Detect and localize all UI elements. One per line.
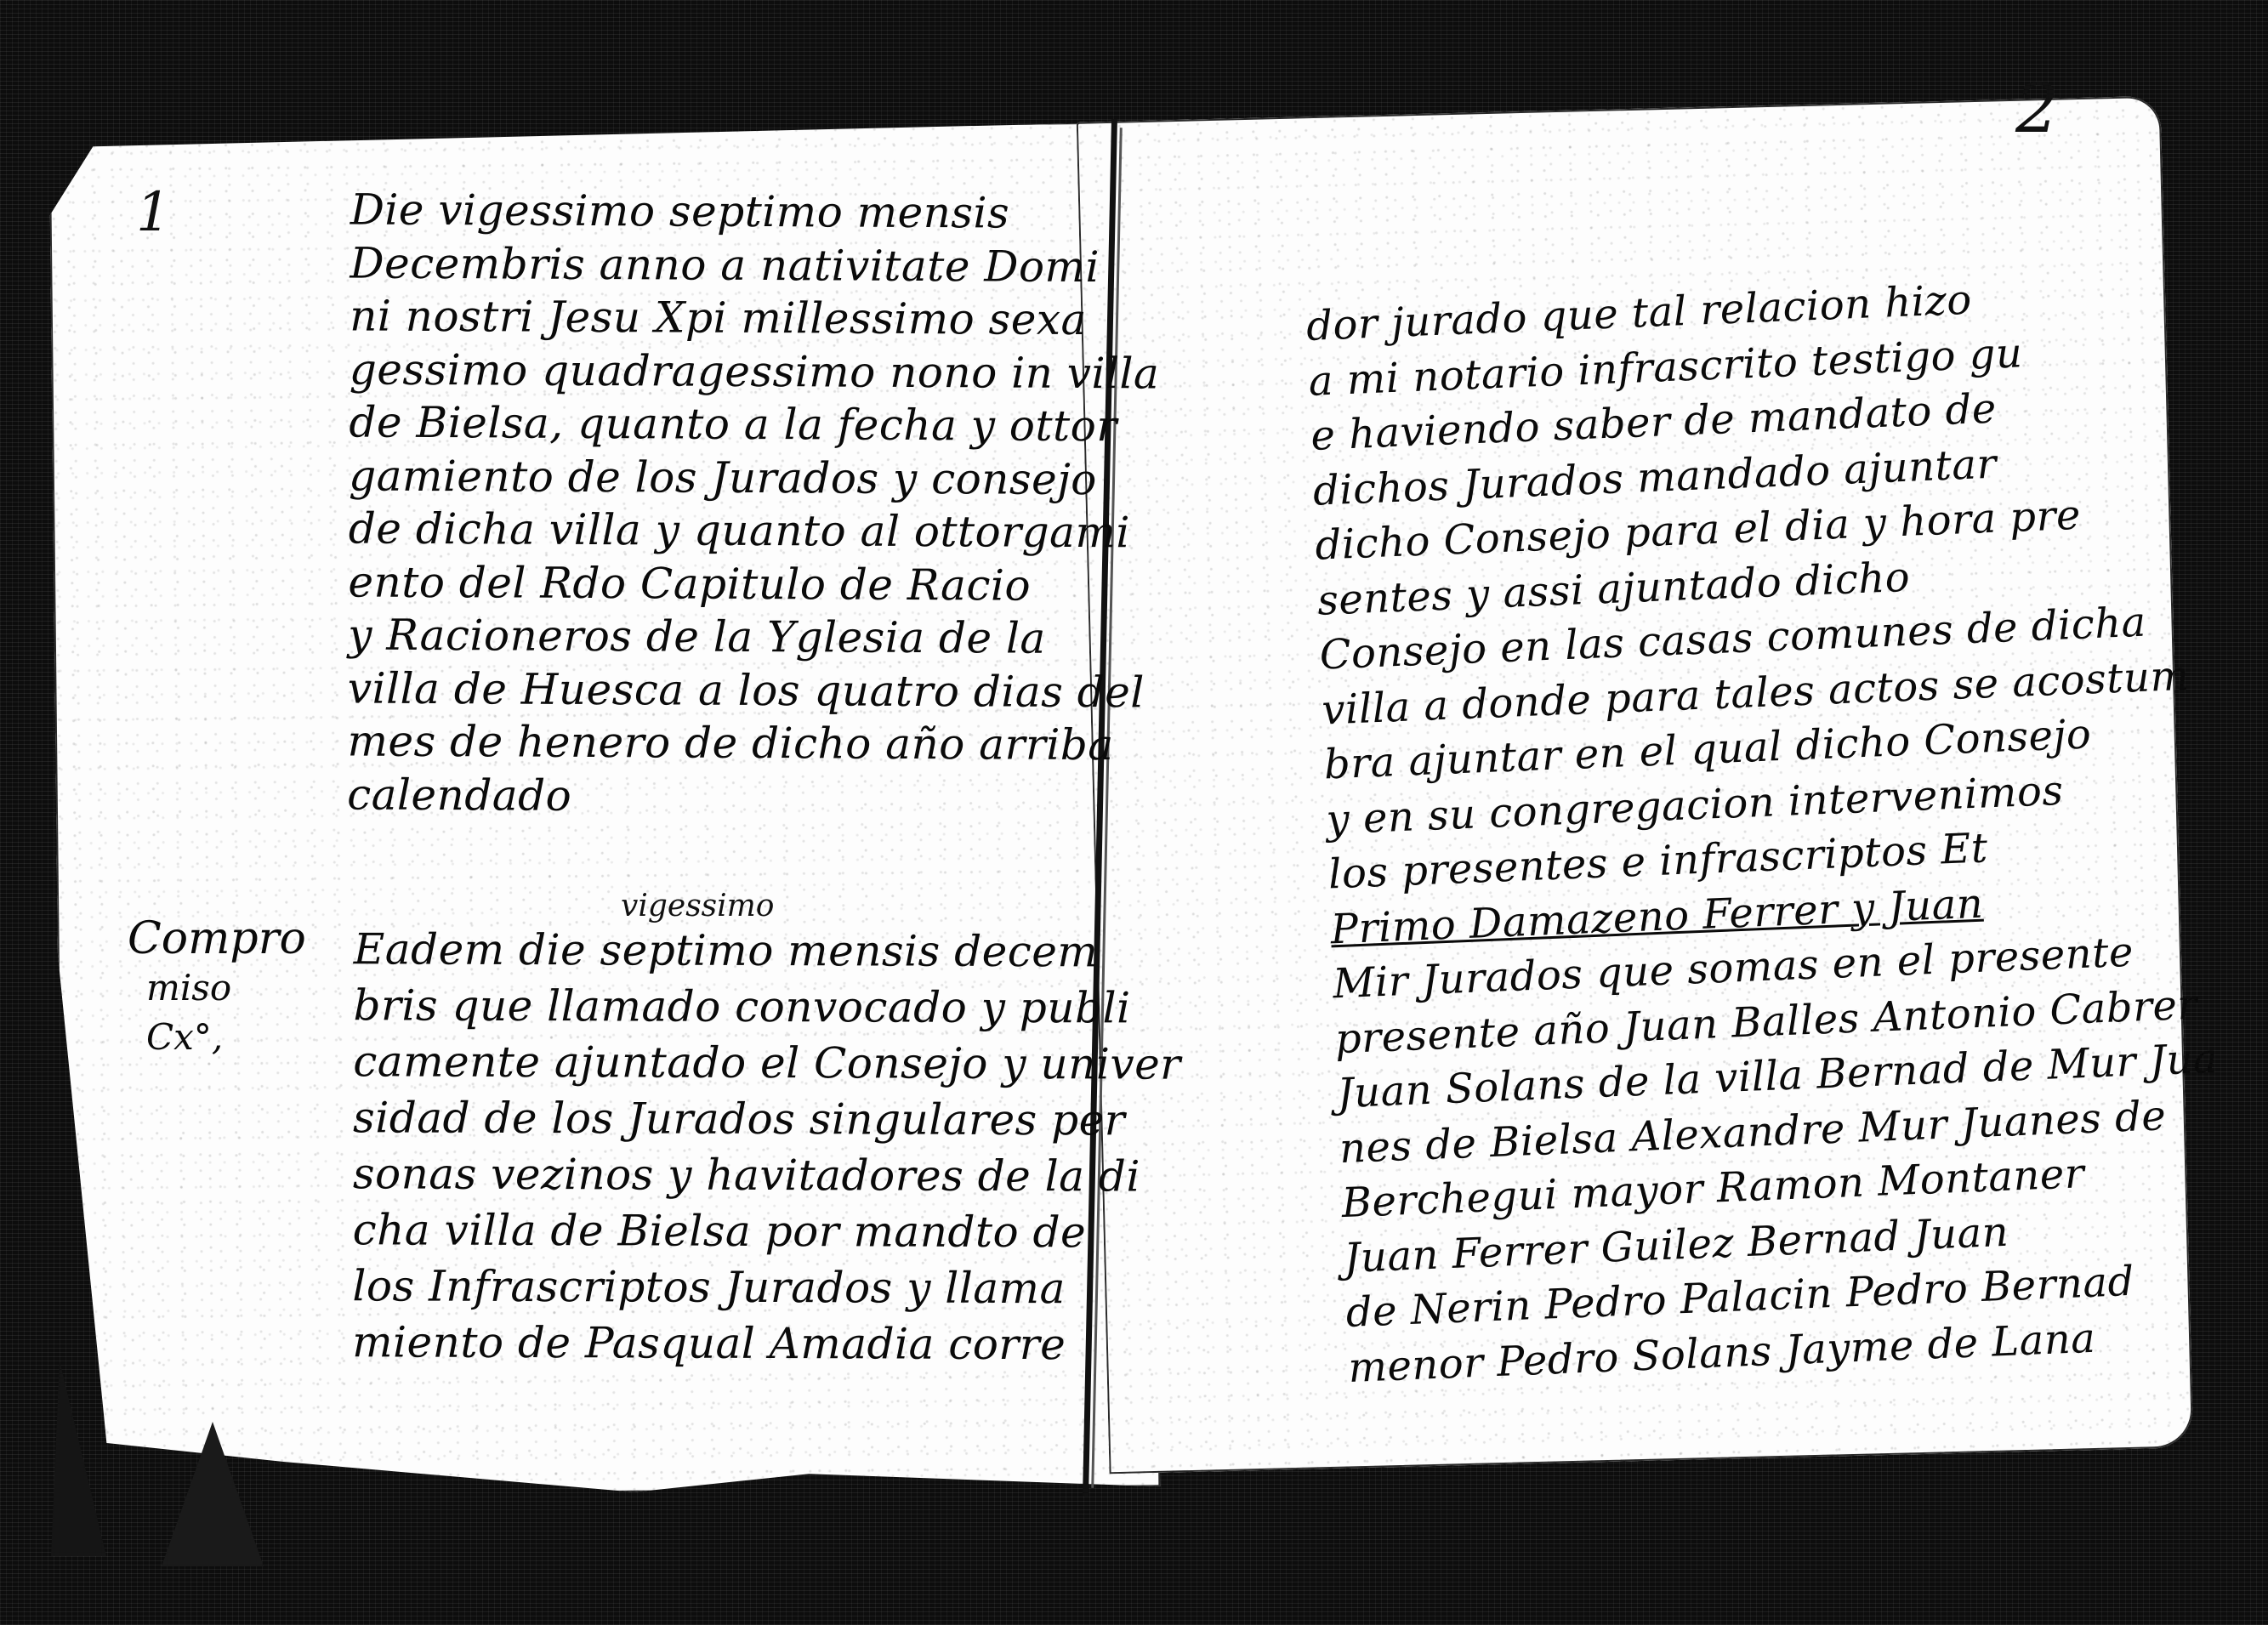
text-line: calendado	[347, 768, 1157, 825]
folio-number-left: 1	[136, 185, 171, 240]
text-line: villa de Huesca a los quatro dias del	[348, 662, 1158, 719]
text-line: los Infrascriptos Jurados y llama	[352, 1258, 1180, 1316]
text-line: cha villa de Bielsa por mandto de	[353, 1202, 1181, 1260]
left-entry-1: Die vigessimo septimo mensis Decembris a…	[347, 184, 1160, 826]
text-line: Eadem die septimo mensis decem	[354, 921, 1182, 980]
text-line: bris que llamado convocado y publi	[353, 977, 1181, 1036]
text-line: ento del Rdo Capitulo de Racio	[348, 555, 1158, 612]
text-line: de dicha villa y quanto al ottorgami	[349, 503, 1159, 560]
folio-number-right: 2	[2015, 75, 2059, 143]
interlinear-insertion: vigessimo	[621, 889, 774, 923]
margin-line: Compro	[128, 914, 306, 963]
left-entry-2: Eadem die septimo mensis decem bris que …	[352, 921, 1181, 1372]
margin-line: Cx°,	[128, 1013, 306, 1062]
text-line: mes de henero de dicho año arriba	[347, 715, 1157, 772]
text-line: camente ajuntado el Consejo y univer	[353, 1033, 1181, 1092]
binding-tab-left	[162, 1422, 264, 1566]
text-line: gamiento de los Jurados y consejo	[349, 449, 1159, 506]
text-line: y Racioneros de la Yglesia de la	[348, 609, 1158, 666]
text-line: sidad de los Jurados singulares per	[353, 1089, 1181, 1148]
text-line: gessimo quadragessimo nono in villa	[350, 343, 1160, 400]
text-line: ni nostri Jesu Xpi millessimo sexa	[350, 290, 1160, 347]
right-entry: dor jurado que tal relacion hizo a mi no…	[1305, 264, 2230, 1395]
text-line: Decembris anno a nativitate Domi	[350, 236, 1160, 293]
text-line: de Bielsa, quanto a la fecha y ottor	[349, 396, 1159, 453]
text-line: Die vigessimo septimo mensis	[350, 184, 1161, 241]
margin-annotation: Compro miso Cx°,	[128, 914, 306, 1062]
margin-line: miso	[128, 963, 306, 1013]
binding-tab-right	[51, 1361, 106, 1556]
text-line: miento de Pasqual Amadia corre	[352, 1314, 1180, 1372]
text-line: sonas vezinos y havitadores de la di	[353, 1145, 1181, 1204]
